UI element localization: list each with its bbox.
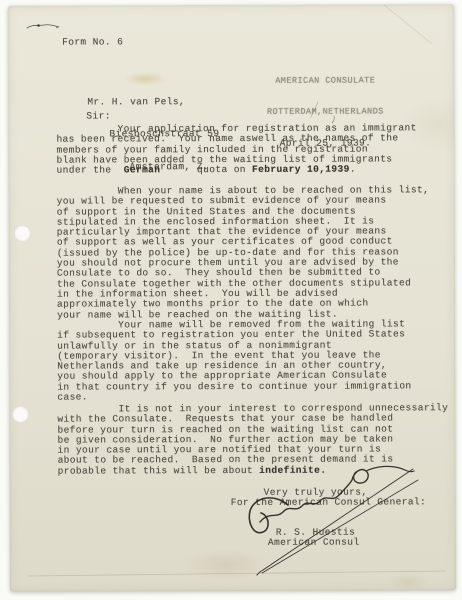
- hole-punch-bottom: [12, 406, 29, 423]
- paragraph-3: Your name will be removed from the waiti…: [57, 319, 412, 403]
- hole-punch-top: [14, 225, 31, 242]
- signer-title: American Consul: [268, 537, 360, 548]
- letter-paper: Form No. 6 AMERICAN CONSULATE ROTTERDAM,…: [8, 4, 456, 592]
- paragraph-1: Your application for registration as an …: [56, 123, 417, 176]
- paragraph-2: When your name is about to be reached on…: [57, 185, 430, 320]
- paragraph-4: It is not in your interest to correspond…: [57, 403, 448, 476]
- closing-for-line: For the American Consul General:: [231, 496, 426, 508]
